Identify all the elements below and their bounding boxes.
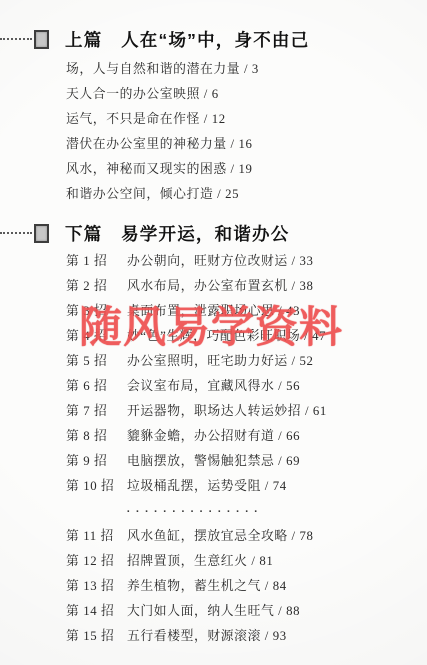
entry-number: 第 14 招 (66, 599, 127, 624)
toc-entry: 潜伏在办公室里的神秘力量 / 16 (66, 132, 406, 157)
entry-number: 第 8 招 (66, 424, 127, 449)
entry-number: 第 9 招 (66, 449, 127, 474)
section-bullet-icon (34, 224, 49, 243)
entry-title: 垃圾桶乱摆，运势受阻 / 74 (127, 474, 416, 499)
toc-entry: 第 13 招 养生植物，蓄生机之气 / 84 (66, 574, 416, 599)
toc-entry: 天人合一的办公室映照 / 6 (66, 82, 406, 107)
toc-entry: 第 5 招 办公室照明，旺宅助力好运 / 52 (66, 349, 416, 374)
entry-number: 第 1 招 (66, 249, 127, 274)
entry-title: 办公室照明，旺宅助力好运 / 52 (127, 349, 416, 374)
entry-number: 第 7 招 (66, 399, 127, 424)
entry-number: 第 11 招 (66, 524, 127, 549)
entry-title: 桌面布置，泄露职场心思 / 43 (127, 299, 416, 324)
entry-title: 妙“色”生辉，巧配色彩旺职场 / 47 (127, 324, 416, 349)
entry-number: 第 4 招 (66, 324, 127, 349)
entry-title: 五行看楼型，财源滚滚 / 93 (127, 624, 416, 649)
toc-entry: 风水，神秘而又现实的困惑 / 19 (66, 157, 406, 182)
entry-number: 第 5 招 (66, 349, 127, 374)
dotted-leader (0, 232, 32, 234)
entry-title: 开运器物，职场达人转运妙招 / 61 (127, 399, 416, 424)
section-title-upper: 上篇 人在“场”中，身不由己 (65, 27, 309, 52)
entry-title: 风水鱼缸，摆放宜忌全攻略 / 78 (127, 524, 416, 549)
toc-entry: 第 6 招 会议室布局，宜藏风得水 / 56 (66, 374, 416, 399)
toc-entry: 第 2 招 风水布局，办公室布置玄机 / 38 (66, 274, 416, 299)
toc-entry: 第 14 招 大门如人面，纳人生旺气 / 88 (66, 599, 416, 624)
toc-entry: 第 4 招 妙“色”生辉，巧配色彩旺职场 / 47 (66, 324, 416, 349)
toc-entry: 运气，不只是命在作怪 / 12 (66, 107, 406, 132)
toc-entry: 第 9 招 电脑摆放，警惕触犯禁忌 / 69 (66, 449, 416, 474)
entry-title: 会议室布局，宜藏风得水 / 56 (127, 374, 416, 399)
entry-number: 第 6 招 (66, 374, 127, 399)
toc-entry: 第 8 招 貔貅金蟾，办公招财有道 / 66 (66, 424, 416, 449)
entry-number: 第 2 招 (66, 274, 127, 299)
section-bullet-icon (34, 30, 49, 49)
toc-entry: 场，人与自然和谐的潜在力量 / 3 (66, 57, 406, 82)
entry-title: 风水布局，办公室布置玄机 / 38 (127, 274, 416, 299)
entry-title: 貔貅金蟾，办公招财有道 / 66 (127, 424, 416, 449)
dotted-leader (0, 38, 32, 40)
entry-number: 第 10 招 (66, 474, 127, 499)
entry-title: 招牌置顶，生意红火 / 81 (127, 549, 416, 574)
toc-entry: 第 12 招 招牌置顶，生意红火 / 81 (66, 549, 416, 574)
section-title-lower: 下篇 易学开运，和谐办公 (65, 221, 289, 246)
entry-title: 养生植物，蓄生机之气 / 84 (127, 574, 416, 599)
toc-list-upper: 场，人与自然和谐的潜在力量 / 3 天人合一的办公室映照 / 6 运气，不只是命… (66, 57, 406, 207)
entry-title: 办公朝向，旺财方位改财运 / 33 (127, 249, 416, 274)
entry-title: 大门如人面，纳人生旺气 / 88 (127, 599, 416, 624)
toc-list-lower: 第 1 招 办公朝向，旺财方位改财运 / 33 第 2 招 风水布局，办公室布置… (66, 249, 416, 649)
toc-entry: 第 15 招 五行看楼型，财源滚滚 / 93 (66, 624, 416, 649)
entry-title: 电脑摆放，警惕触犯禁忌 / 69 (127, 449, 416, 474)
toc-entry: 第 11 招 风水鱼缸，摆放宜忌全攻略 / 78 (66, 524, 416, 549)
entry-number: 第 12 招 (66, 549, 127, 574)
toc-entry: 第 1 招 办公朝向，旺财方位改财运 / 33 (66, 249, 416, 274)
entry-number: 第 3 招 (66, 299, 127, 324)
toc-entry: 和谐办公空间，倾心打造 / 25 (66, 182, 406, 207)
toc-ellipsis: ............... (66, 499, 416, 524)
entry-number: 第 15 招 (66, 624, 127, 649)
toc-entry: 第 3 招 桌面布置，泄露职场心思 / 43 (66, 299, 416, 324)
entry-number: 第 13 招 (66, 574, 127, 599)
toc-entry: 第 10 招 垃圾桶乱摆，运势受阻 / 74 (66, 474, 416, 499)
toc-page: 上篇 人在“场”中，身不由己 场，人与自然和谐的潜在力量 / 3 天人合一的办公… (0, 0, 427, 665)
toc-entry: 第 7 招 开运器物，职场达人转运妙招 / 61 (66, 399, 416, 424)
